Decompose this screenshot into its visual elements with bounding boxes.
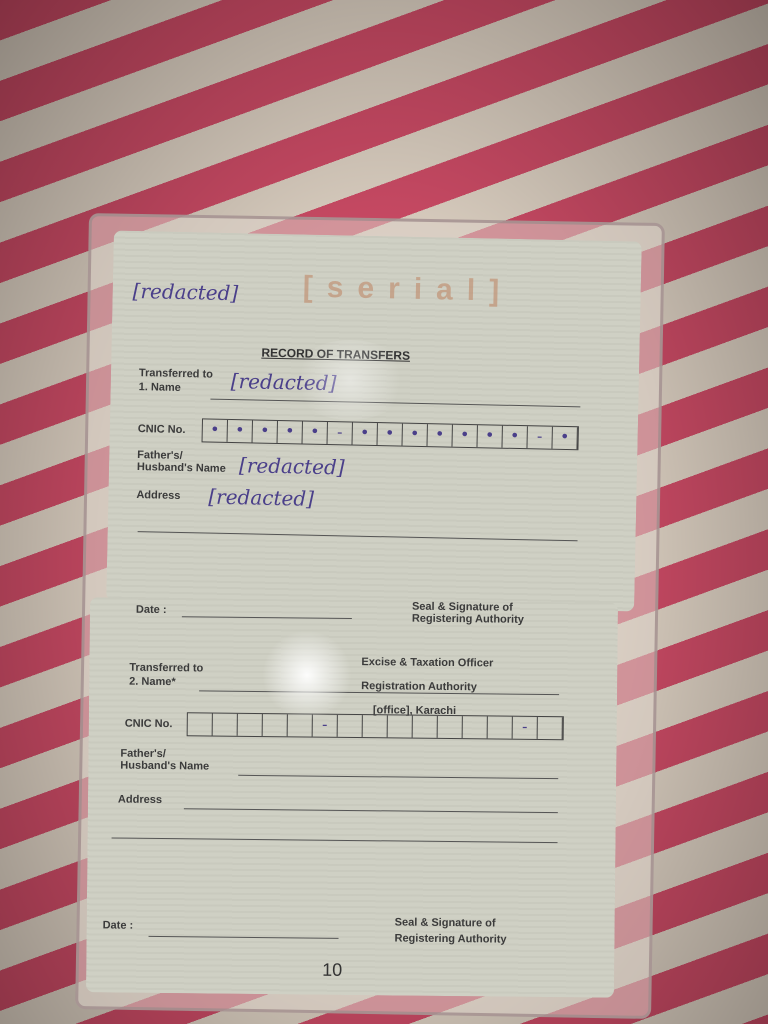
serial-number: [serial] <box>302 270 513 308</box>
father-value: [redacted] <box>239 453 345 479</box>
name-label-2: 2. Name* <box>129 676 176 688</box>
address-line-2a <box>184 808 558 813</box>
father-label: Father's/ <box>137 449 183 462</box>
date-line-1 <box>182 616 352 619</box>
cnic-boxes: •••••-•••••••-• <box>202 418 579 450</box>
transfer-2-page: Date : Seal & Signature of Registering A… <box>86 597 618 998</box>
date-label-2: Date : <box>103 919 134 931</box>
father-line-2 <box>238 775 558 779</box>
date-line-2 <box>149 936 339 939</box>
address-line-2b <box>112 837 558 843</box>
transferred-to-label: Transferred to <box>139 367 213 381</box>
seal-label-2a: Seal & Signature of <box>395 916 496 929</box>
address-label: Address <box>136 489 180 502</box>
stamp-line-1: Excise & Taxation Officer <box>361 656 493 669</box>
address-line <box>138 531 578 541</box>
father-label-2: Father's/ <box>120 748 166 760</box>
address-label-2: Address <box>118 794 162 806</box>
cnic-boxes-2: -- <box>187 712 564 740</box>
seal-label-1b: Registering Authority <box>412 613 524 626</box>
husband-label-2: Husband's Name <box>120 760 209 773</box>
name-label: 1. Name <box>139 381 181 394</box>
cnic-label-2: CNIC No. <box>125 718 173 730</box>
seal-label-2b: Registering Authority <box>394 932 506 945</box>
flash-glare <box>262 630 352 720</box>
husband-label: Husband's Name <box>137 461 226 475</box>
flash-glare-top <box>290 340 410 420</box>
transfer-1-page: [serial] [redacted] RECORD OF TRANSFERS … <box>106 231 642 612</box>
transferred-to-label-2: Transferred to <box>129 662 203 675</box>
address-value: [redacted] <box>208 485 314 511</box>
handwritten-plate: [redacted] <box>132 279 238 305</box>
cnic-label: CNIC No. <box>138 423 186 436</box>
date-label-1: Date : <box>136 604 167 616</box>
seal-label-1a: Seal & Signature of <box>412 601 513 614</box>
page-number: 10 <box>322 960 342 981</box>
